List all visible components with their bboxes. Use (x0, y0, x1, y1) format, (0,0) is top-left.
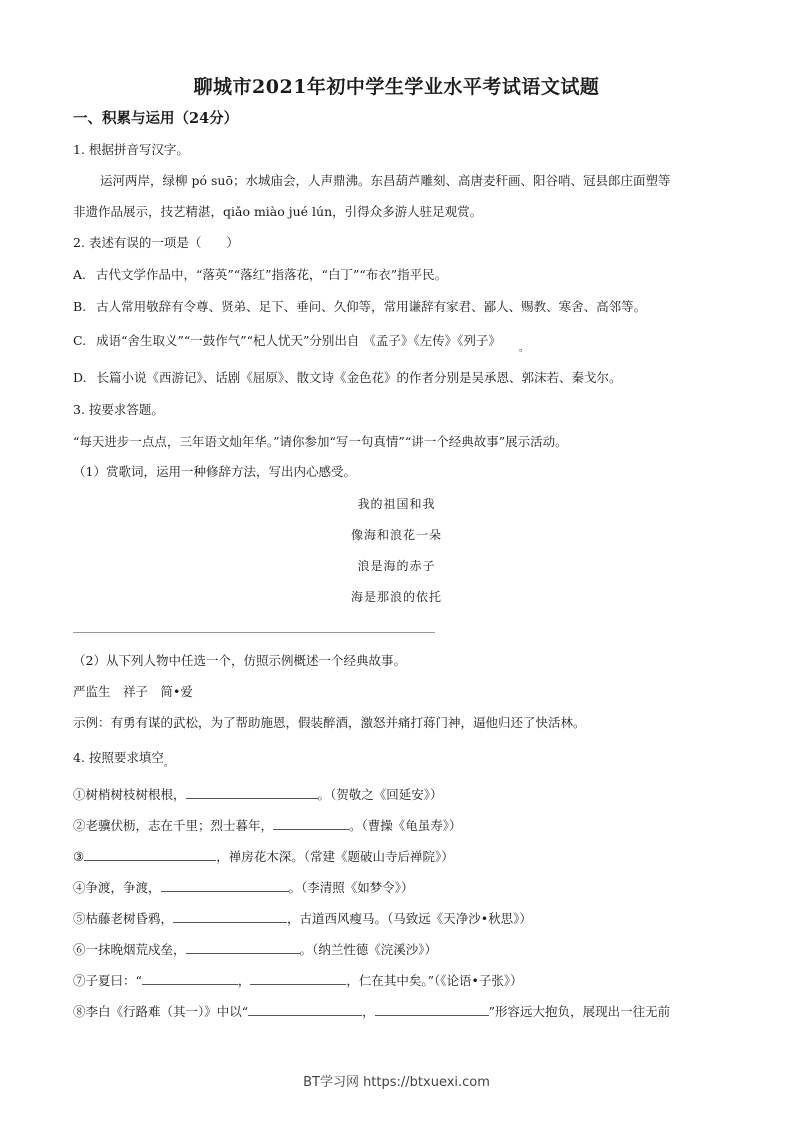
q3-stem: 3. 按要求答题。 (73, 402, 164, 418)
fill-prefix: ③ (73, 849, 84, 864)
fill-prefix: ⑧李白《行路难（其一）》中以“ (73, 1004, 248, 1019)
fill-blank[interactable] (161, 879, 289, 892)
fill-blank[interactable] (186, 941, 300, 954)
fill-prefix: ①树梢树枝树根根， (73, 787, 186, 802)
fill-blank[interactable] (375, 1003, 489, 1016)
option-text: 古代文学作品中，“落英”“落红”指落花，“白丁”“布衣”指平民。 (96, 267, 447, 282)
q1-stem: 1. 根据拼音写汉字。 (73, 142, 189, 158)
option-text: 成语“舍生取义”“一鼓作气”“杞人忧天”分别出自 《孟子》《左传》《列子》 (96, 333, 501, 348)
fill-suffix: ，古道西风瘦马。（马致远《天净沙•秋思》） (287, 911, 532, 926)
q2-option-c: C. 成语“舍生取义”“一鼓作气”“杞人忧天”分别出自 《孟子》《左传》《列子》… (73, 333, 529, 351)
fill-item-5: ⑤枯藤老树昏鸦，，古道西风瘦马。（马致远《天净沙•秋思》） (73, 910, 532, 927)
fill-suffix: 。（曹操《龟虽寿》） (349, 818, 462, 833)
option-trailing-mark: 。 (519, 343, 529, 354)
fill-item-7: ⑦子夏曰：“，，仁在其中矣。”（《论语•子张》） (73, 972, 523, 989)
option-text: 古人常用敬辞有令尊、贤弟、足下、垂问、久仰等，常用谦辞有家君、鄙人、赐教、寒舍、… (96, 299, 646, 314)
option-label: C. (73, 333, 86, 348)
option-label: A. (73, 267, 86, 282)
q2-option-b: B. 古人常用敬辞有令尊、贤弟、足下、垂问、久仰等，常用谦辞有家君、鄙人、赐教、… (73, 299, 646, 315)
fill-separator: ， (362, 1004, 375, 1019)
fill-item-4: ④争渡，争渡，。（李清照《如梦令》） (73, 879, 414, 896)
fill-item-1: ①树梢树枝树根根，。（贺敬之《回延安》） (73, 786, 443, 803)
option-label: B. (73, 299, 86, 314)
option-label: D. (73, 370, 87, 385)
fill-item-2: ②老骥伏枥，志在千里；烈士暮年，。（曹操《龟虽寿》） (73, 817, 462, 834)
q4-stem-text: 4. 按照要求填空 (73, 750, 164, 765)
fill-prefix: ⑤枯藤老树昏鸦， (73, 911, 173, 926)
fill-prefix: ⑥一抹晚烟荒戍垒， (73, 942, 186, 957)
q1-passage-line2: 非遗作品展示，技艺精湛，qiǎo miào jué lún，引得众多游人驻足观赏… (73, 204, 482, 220)
q3-sub1: （1）赏歌词，运用一种修辞方法，写出内心感受。 (73, 464, 356, 480)
answer-line[interactable] (73, 632, 435, 633)
q3-example: 示例：有勇有谋的武松，为了帮助施恩，假装醉酒，激怒并痛打蒋门神，逼他归还了快活林… (73, 715, 586, 731)
q2-option-a: A. 古代文学作品中，“落英”“落红”指落花，“白丁”“布衣”指平民。 (73, 267, 447, 283)
option-text: 长篇小说《西游记》、话剧《屈原》、散文诗《金色花》的作者分别是吴承恩、郭沫若、秦… (97, 370, 622, 385)
poem-line: 海是那浪的依托 (0, 588, 793, 605)
section-heading: 一、积累与运用（24分） (73, 107, 238, 128)
q1-passage-line1: 运河两岸，绿柳 pó suō；水城庙会，人声鼎沸。东昌葫芦雕刻、高唐麦秆画、阳谷… (100, 173, 670, 189)
fill-blank[interactable] (142, 972, 238, 985)
fill-suffix: ，禅房花木深。（常建《题破山寺后禅院》） (216, 849, 454, 864)
fill-blank[interactable] (273, 817, 349, 830)
exam-page: 聊城市2021年初中学生学业水平考试语文试题 一、积累与运用（24分） 1. 根… (0, 0, 793, 1122)
fill-suffix: ，仁在其中矣。”（《论语•子张》） (346, 973, 522, 988)
fill-prefix: ②老骥伏枥，志在千里；烈士暮年， (73, 818, 273, 833)
fill-separator: ， (238, 973, 251, 988)
site-watermark: BT学习网 https://btxuexi.com (0, 1071, 793, 1090)
fill-prefix: ⑦子夏曰：“ (73, 973, 142, 988)
fill-blank[interactable] (84, 848, 216, 861)
q2-option-d: D. 长篇小说《西游记》、话剧《屈原》、散文诗《金色花》的作者分别是吴承恩、郭沫… (73, 370, 622, 386)
fill-blank[interactable] (186, 786, 318, 799)
fill-blank[interactable] (173, 910, 287, 923)
q3-sub2: （2）从下列人物中任选一个，仿照示例概述一个经典故事。 (73, 653, 406, 669)
fill-suffix: ”形容远大抱负，展现出一往无前 (489, 1004, 670, 1019)
q4-stem-mark: 。 (164, 758, 174, 769)
fill-suffix: 。（李清照《如梦令》） (289, 880, 414, 895)
fill-suffix: 。（纳兰性德《浣溪沙》） (300, 942, 438, 957)
fill-suffix: 。（贺敬之《回延安》） (318, 787, 443, 802)
q2-stem: 2. 表述有误的一项是（ ） (73, 235, 239, 251)
fill-item-3: ③，禅房花木深。（常建《题破山寺后禅院》） (73, 848, 454, 865)
q3-characters: 严监生 祥子 简•爱 (73, 684, 193, 700)
page-title: 聊城市2021年初中学生学业水平考试语文试题 (0, 72, 793, 99)
poem-line: 我的祖国和我 (0, 495, 793, 512)
fill-item-8: ⑧李白《行路难（其一）》中以“，”形容远大抱负，展现出一往无前 (73, 1003, 670, 1020)
fill-blank[interactable] (250, 972, 346, 985)
poem-line: 浪是海的赤子 (0, 557, 793, 574)
poem-line: 像海和浪花一朵 (0, 526, 793, 543)
fill-prefix: ④争渡，争渡， (73, 880, 161, 895)
q3-intro: “每天进步一点点，三年语文灿年华。”请你参加“写一句真情”“讲一个经典故事”展示… (73, 434, 568, 450)
q4-stem: 4. 按照要求填空。 (73, 750, 174, 768)
fill-item-6: ⑥一抹晚烟荒戍垒，。（纳兰性德《浣溪沙》） (73, 941, 437, 958)
fill-blank[interactable] (248, 1003, 362, 1016)
